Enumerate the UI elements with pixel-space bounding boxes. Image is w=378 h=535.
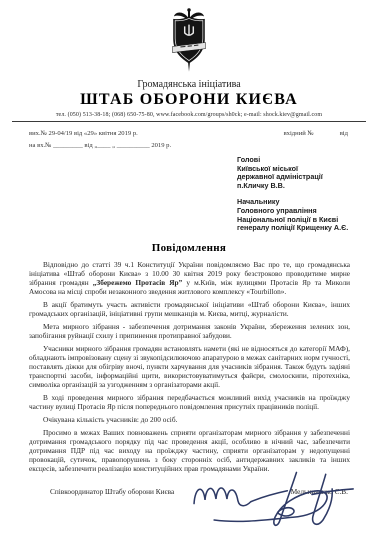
letterhead: Громадянська ініціатива ШТАБ ОБОРОНИ КИЄ… — [0, 0, 378, 122]
addressee-line: п.Кличку В.В. — [237, 182, 378, 191]
org-type-label: Громадянська ініціатива — [0, 79, 378, 90]
org-name-title: ШТАБ ОБОРОНИ КИЄВА — [0, 91, 378, 109]
paragraph-4: Учасники мирного зібрання громадян встан… — [29, 344, 350, 389]
paragraph-5: В ході проведення мирного зібрання перед… — [29, 393, 350, 411]
paragraph-2: В акції братимуть участь активісти грома… — [29, 300, 350, 318]
paragraph-3: Мета мирного зібрання - забезпечення дот… — [29, 322, 350, 340]
paragraph-7: Просимо в межах Ваших повноважень сприят… — [29, 428, 350, 473]
addressee-section: Голові Київської міської державної адмін… — [237, 156, 378, 233]
defense-emblem-icon — [167, 7, 211, 73]
addressee-block-mayor: Голові Київської міської державної адмін… — [237, 156, 378, 190]
ref-outgoing-number: вих.№ 29-04/19 від «29» квітня 2019 р. — [29, 130, 138, 137]
ref-incoming-label: вхідний № — [284, 130, 314, 137]
ref-incoming-group: вхідний № від — [284, 130, 348, 137]
paragraph-6: Очікувана кількість учасників: до 200 ос… — [29, 415, 350, 424]
scanned-letter-page: Громадянська ініціатива ШТАБ ОБОРОНИ КИЄ… — [0, 0, 378, 535]
ref-reply-line: на вх.№ _________ від „____ „ __________… — [29, 142, 378, 149]
reference-row: вих.№ 29-04/19 від «29» квітня 2019 р. в… — [29, 130, 348, 137]
contact-line: тел. (050) 513-38-18; (068) 650-75-80, w… — [0, 112, 378, 118]
signature-role: Співкоординатор Штабу оборони Києва — [50, 487, 174, 496]
signature-row: Співкоординатор Штабу оборони Києва Мель… — [50, 487, 348, 496]
paragraph-1-bold-phrase: „Збережемо Протасів Яр” — [93, 278, 183, 287]
document-title: Повідомлення — [0, 242, 378, 254]
signature-autograph-icon — [182, 467, 378, 531]
paragraph-1: Відповідно до статті 39 ч.1 Конституції … — [29, 260, 350, 296]
document-body: Відповідно до статті 39 ч.1 Конституції … — [29, 260, 350, 473]
addressee-block-police: Начальнику Головного управління Націонал… — [237, 198, 378, 232]
addressee-line: генералу поліції Крищенку А.Є. — [237, 224, 378, 233]
header-rule — [12, 121, 366, 122]
ref-incoming-from-label: від — [340, 130, 348, 137]
signature-name: Мельниченко С.В. — [291, 487, 348, 496]
